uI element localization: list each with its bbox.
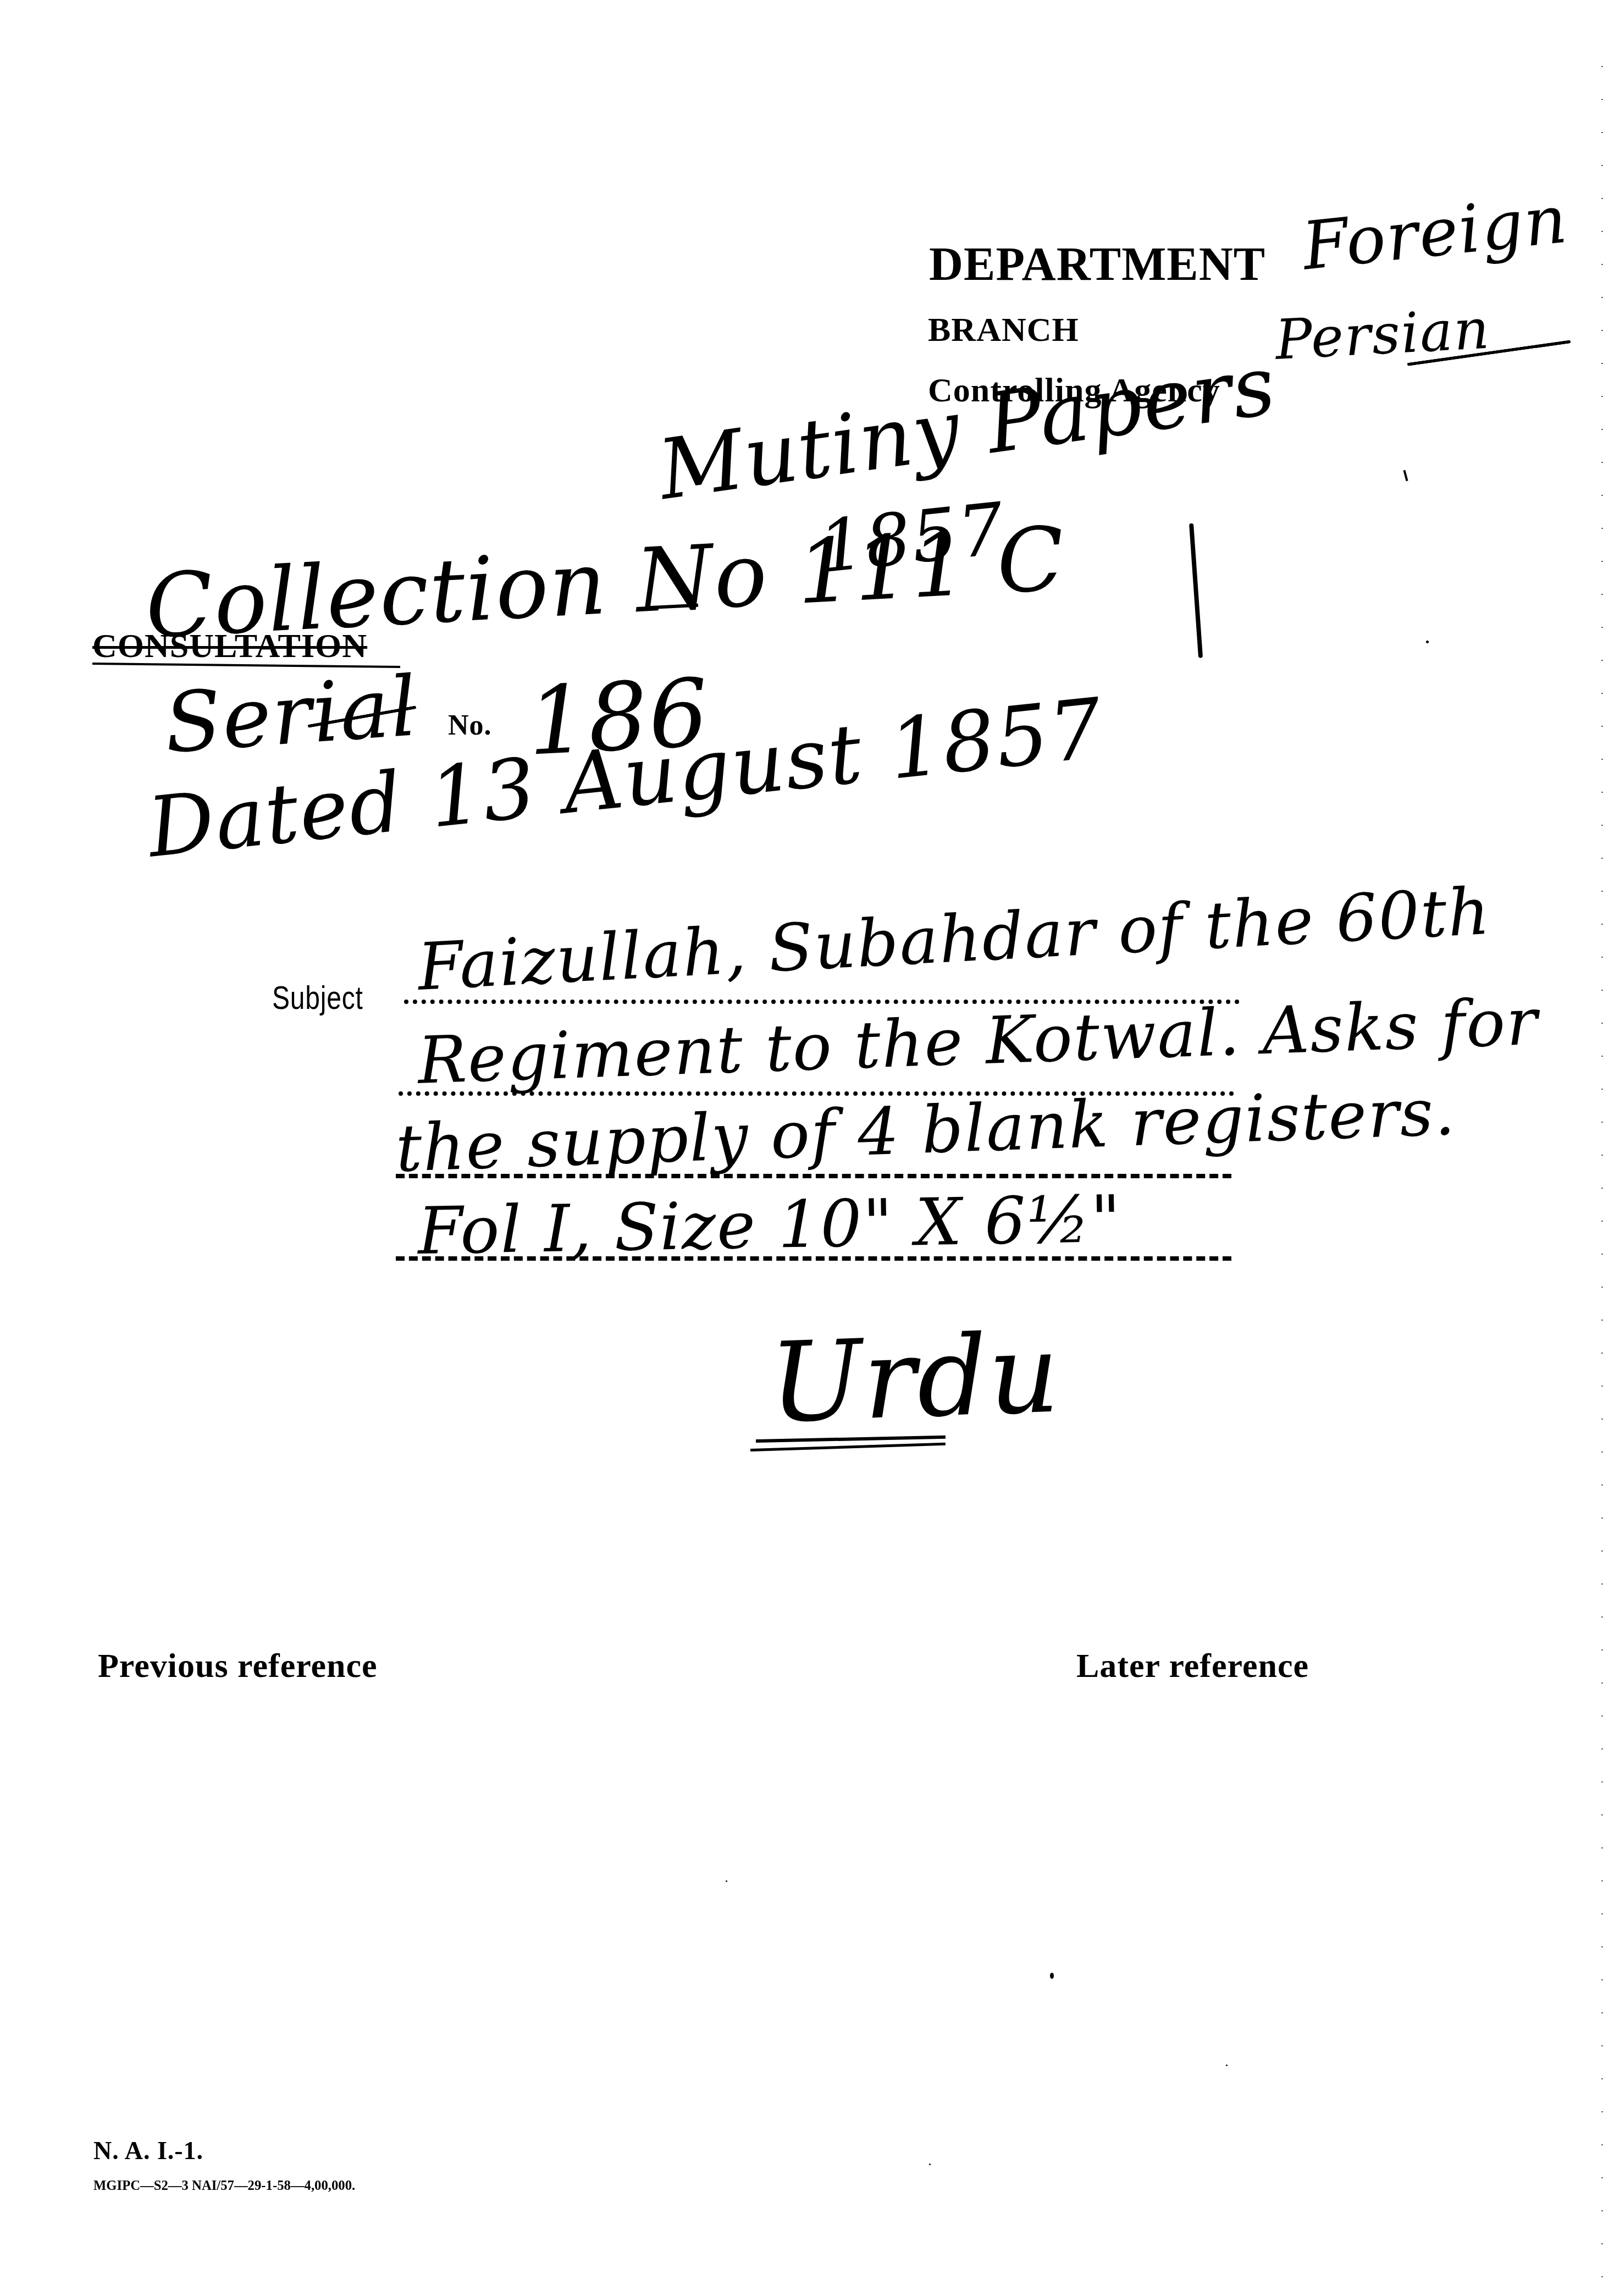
serial-no-label: No. bbox=[448, 709, 492, 742]
branch-value: Persian bbox=[1274, 297, 1492, 372]
language-value: Urdu bbox=[767, 1310, 1063, 1448]
previous-reference-label: Previous reference bbox=[98, 1647, 378, 1686]
scan-speck bbox=[929, 2163, 931, 2165]
scan-speck bbox=[726, 1880, 727, 1882]
branch-label: BRANCH bbox=[928, 311, 1079, 350]
consultation-label-struck: CONSULTATION bbox=[92, 627, 367, 666]
scan-speck bbox=[1050, 1973, 1054, 1979]
scan-speck bbox=[1426, 641, 1429, 643]
serial-handwritten-prefix: Serial bbox=[162, 659, 421, 772]
print-line: MGIPC—S2—3 NAI/57—29-1-58—4,00,000. bbox=[93, 2177, 355, 2194]
scan-speck bbox=[1226, 2065, 1228, 2066]
department-value: Foreign bbox=[1299, 181, 1572, 285]
department-label: DEPARTMENT bbox=[929, 236, 1265, 291]
later-reference-label: Later reference bbox=[1076, 1647, 1309, 1686]
subject-line-text: Faizullah, Subahdar of the 60th bbox=[416, 873, 1493, 1005]
document-page: DEPARTMENT Foreign BRANCH Persian Contro… bbox=[0, 0, 1603, 2296]
form-code: N. A. I.-1. bbox=[93, 2136, 203, 2165]
subject-line-text: Fol I, Size 10" X 6½" bbox=[417, 1181, 1123, 1269]
handwritten-vertical-stroke bbox=[1189, 523, 1203, 658]
subject-label: Subject bbox=[272, 979, 363, 1017]
stray-tick-mark bbox=[1403, 470, 1408, 481]
